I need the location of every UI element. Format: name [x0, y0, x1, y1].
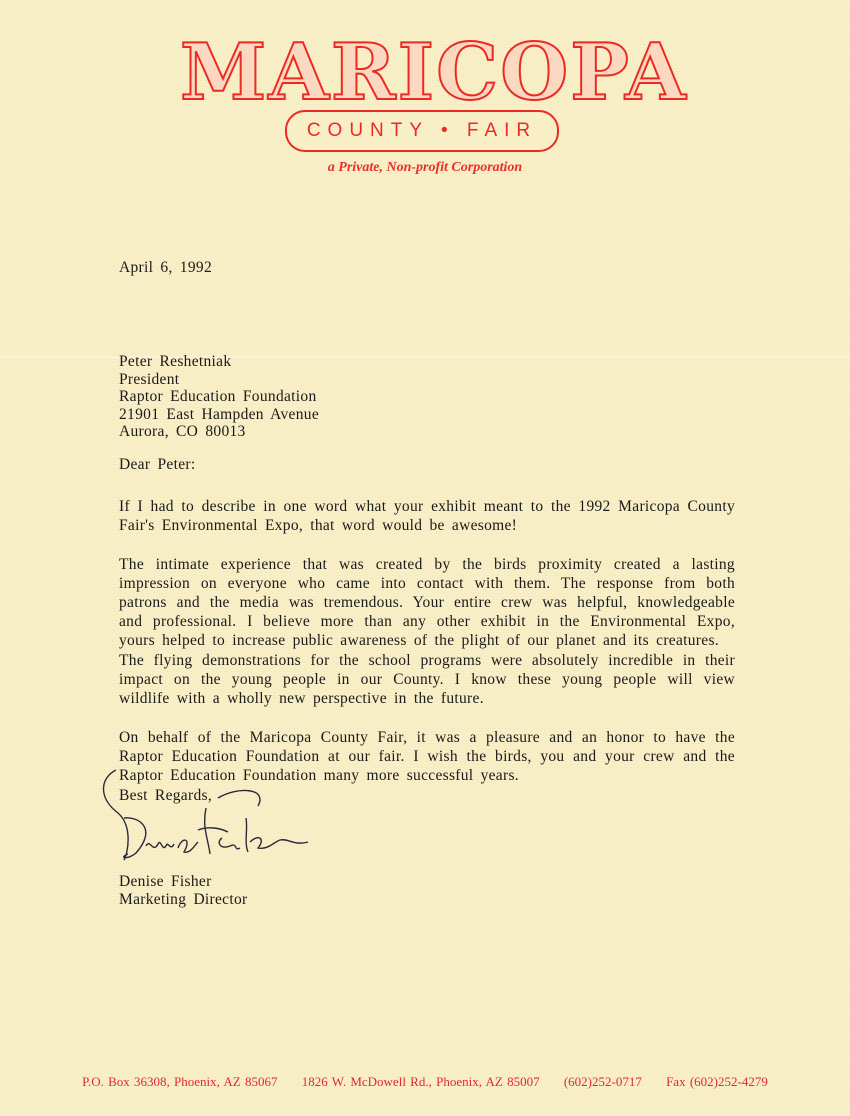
body-paragraph: The flying demonstrations for the school… [119, 651, 735, 708]
footer-phone: (602)252-0717 [564, 1074, 642, 1089]
footer-po-box: P.O. Box 36308, Phoenix, AZ 85067 [82, 1074, 277, 1089]
signer-title: Marketing Director [119, 890, 735, 908]
logo-org-name: MARICOPA [180, 28, 660, 118]
signer-block: Denise Fisher Marketing Director [119, 872, 735, 908]
signature-image [98, 768, 338, 868]
body-paragraph: The intimate experience that was created… [119, 555, 735, 650]
signer-name: Denise Fisher [119, 872, 735, 890]
recipient-city: Aurora, CO 80013 [119, 422, 735, 440]
recipient-organization: Raptor Education Foundation [119, 387, 735, 405]
letter-date: April 6, 1992 [119, 258, 735, 277]
letterhead-tagline: a Private, Non-profit Corporation [0, 160, 850, 176]
recipient-name: Peter Reshetniak [119, 352, 735, 370]
recipient-street: 21901 East Hampden Avenue [119, 405, 735, 423]
footer-fax: Fax (602)252-4279 [666, 1074, 768, 1089]
body-paragraph: If I had to describe in one word what yo… [119, 497, 735, 535]
salutation: Dear Peter: [119, 455, 735, 474]
footer-street: 1826 W. McDowell Rd., Phoenix, AZ 85007 [302, 1074, 540, 1089]
recipient-address: Peter Reshetniak President Raptor Educat… [119, 352, 735, 440]
recipient-title: President [119, 370, 735, 388]
letterhead-logo: MARICOPA COUNTY • FAIR [180, 28, 660, 153]
logo-subtitle: COUNTY • FAIR [285, 110, 559, 152]
letterhead-footer: P.O. Box 36308, Phoenix, AZ 85067 1826 W… [0, 1074, 850, 1090]
